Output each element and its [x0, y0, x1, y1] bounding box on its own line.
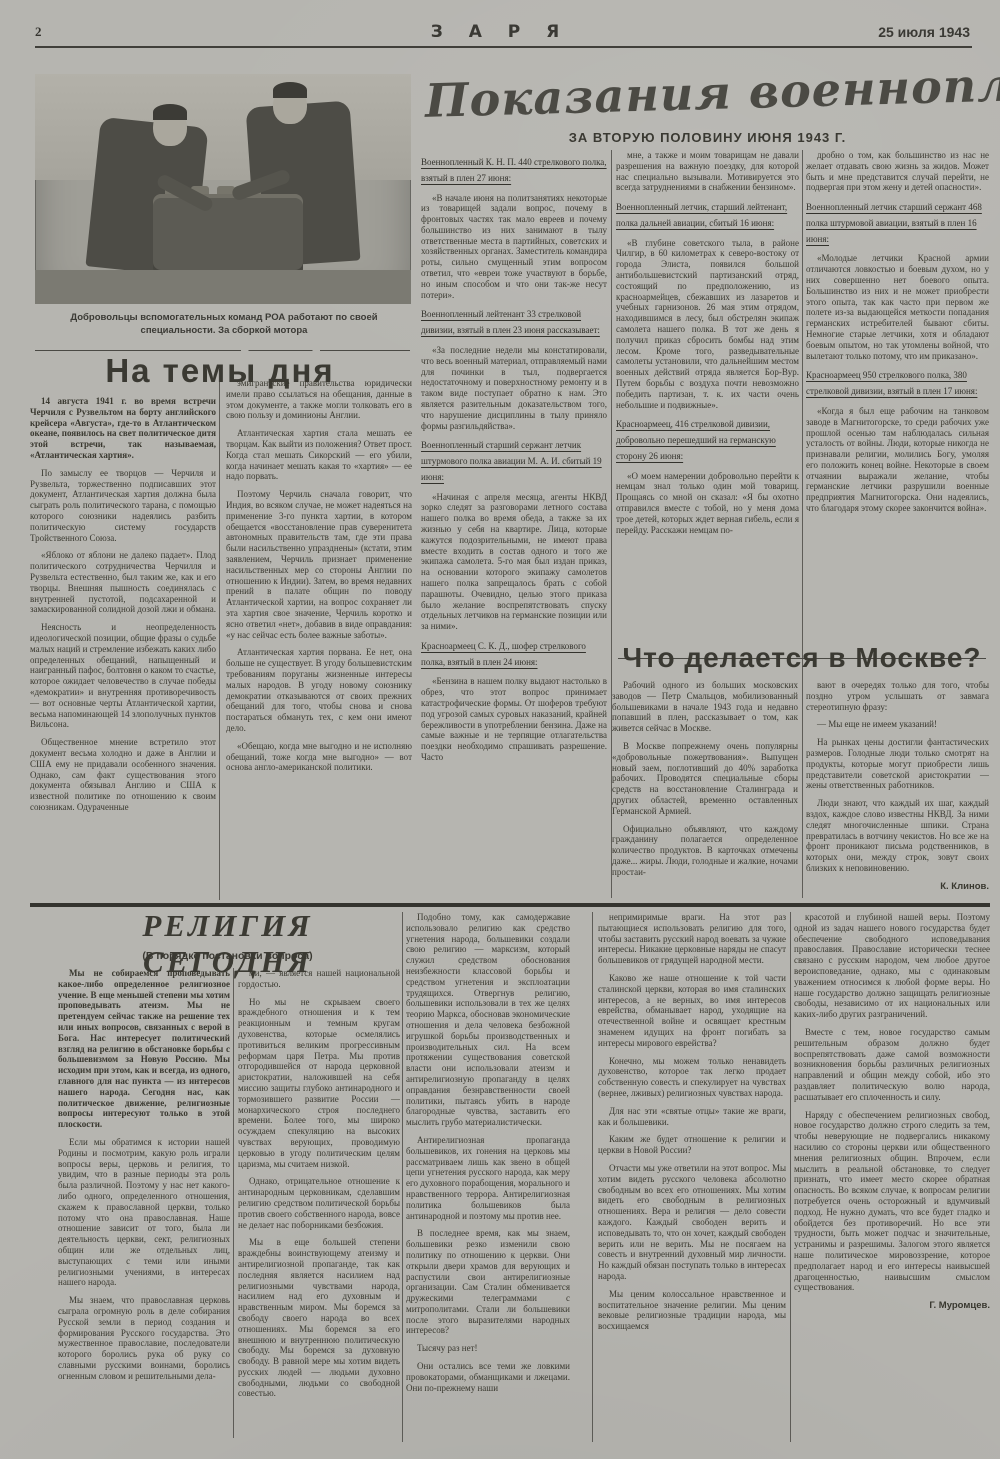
section-heading: Военнопленный летчик старший сержант 468…	[806, 200, 989, 247]
pow-column-3: дробно о том, как большинство из нас не …	[806, 150, 989, 650]
paragraph: Конечно, мы можем только ненавидеть духо…	[598, 1056, 786, 1099]
paragraph: По замыслу ее творцов — Черчиля и Рузвел…	[30, 468, 216, 544]
paragraph: На рынках цены достигли фантастических р…	[806, 737, 989, 791]
paragraph: «Обещаю, когда мне выгодно и не исполняю…	[226, 741, 412, 773]
paragraph: Мы в еще большей степени враждебны воинс…	[238, 1237, 400, 1399]
paragraph: «В начале июня на политзанятиях некоторы…	[421, 193, 607, 301]
paragraph: Отчасти мы уже ответили на этот вопрос. …	[598, 1163, 786, 1282]
paragraph: ми, — является нашей национальной гордос…	[238, 968, 400, 990]
bottom-section-rule	[30, 903, 990, 907]
paragraph: Атлантическая хартия стала мешать ее тво…	[226, 428, 412, 482]
photo-hair-right	[273, 82, 307, 98]
photo-roa-volunteers	[35, 74, 411, 304]
paragraph: Наряду с обеспечением религиозных свобод…	[794, 1110, 990, 1294]
column-rule	[802, 150, 803, 898]
paragraph: «В глубине советского тыла, в районе Чил…	[616, 238, 799, 411]
religion-column-1: Мы не собираемся проповедывать какое-либ…	[58, 968, 230, 1446]
paragraph: Официально объявляют, что каждому гражда…	[612, 824, 798, 878]
paragraph: «Начиная с апреля месяца, агенты НКВД зо…	[421, 492, 607, 632]
paragraph: «Когда я был еще рабочим на танковом зав…	[806, 406, 989, 514]
column-rule	[592, 912, 593, 1442]
section-heading: Военнопленный К. Н. П. 440 стрелкового п…	[421, 155, 607, 187]
paragraph: Однако, отрицательное отношение к антина…	[238, 1176, 400, 1230]
photo-hair-left	[153, 104, 187, 120]
paragraph: красотой и глубиной нашей веры. Поэтому …	[794, 912, 990, 1020]
paragraph: — Мы еще не имеем указаний!	[806, 719, 989, 730]
paragraph: Подобно тому, как самодержавие использов…	[406, 912, 570, 1128]
paragraph: «О моем намерении добровольно перейти к …	[616, 471, 799, 536]
paragraph: «За последние недели мы констатировали, …	[421, 345, 607, 431]
pow-column-1: Военнопленный К. Н. П. 440 стрелкового п…	[421, 150, 607, 898]
paragraph: Они остались все теми же ловкими провока…	[406, 1361, 570, 1393]
column-rule	[790, 912, 791, 1442]
issue-date: 25 июля 1943	[878, 24, 970, 40]
paragraph: мне, а также и моим товарищам не давали …	[616, 150, 799, 193]
section-divider	[35, 350, 410, 351]
paragraph: Но мы не скрываем своего враждебного отн…	[238, 997, 400, 1170]
photo-workbench	[35, 270, 411, 304]
religion-column-5: красотой и глубиной нашей веры. Поэтому …	[794, 912, 990, 1452]
section-heading: Военнопленный старший сержант летчик шту…	[421, 438, 607, 485]
paragraph: вают в очередях только для того, чтобы п…	[806, 680, 989, 712]
paragraph: Для нас эти «святые отцы» такие же враги…	[598, 1106, 786, 1128]
photo-background	[35, 74, 411, 180]
religion-column-3: Подобно тому, как самодержавие использов…	[406, 912, 570, 1452]
section-heading: Красноармеец 950 стрелкового полка, 380 …	[806, 368, 989, 400]
paragraph: Мы не собираемся проповедывать какое-либ…	[58, 968, 230, 1130]
paragraph: Каково же наше отношение к той части ста…	[598, 973, 786, 1049]
byline: К. Клинов.	[806, 881, 989, 892]
article-subtitle-religion: (В порядке постановки вопроса)	[55, 950, 400, 962]
header-rule	[35, 46, 972, 48]
paragraph: В Москве попрежнему очень популярны «доб…	[612, 741, 798, 817]
paragraph: «Молодые летчики Красной армии отличаютс…	[806, 253, 989, 361]
paragraph: «Бензина в нашем полку выдают настолько …	[421, 676, 607, 762]
article-title-pokazaniya: Показания военнопленных	[424, 58, 990, 128]
paragraph: Если мы обратимся к истории нашей Родины…	[58, 1137, 230, 1288]
column-rule	[233, 968, 234, 1438]
paragraph: Каким же будет отношение к религии и цер…	[598, 1134, 786, 1156]
section-heading: Военнопленный лейтенант 33 стрелковой ди…	[421, 307, 607, 339]
section-heading: Военнопленный летчик, старший лейтенант,…	[616, 200, 799, 232]
pow-column-2: мне, а также и моим товарищам не давали …	[616, 150, 799, 650]
section-heading: Красноармеец, 416 стрелковой дивизии, до…	[616, 417, 799, 464]
paragraph: Общественное мнение встретило этот докум…	[30, 737, 216, 813]
paragraph: Мы знаем, что православная церковь сыгра…	[58, 1295, 230, 1381]
paragraph: эмигрантские правительства юридически им…	[226, 378, 412, 421]
photo-engine-block	[153, 194, 303, 276]
paragraph: В последнее время, как мы знаем, большев…	[406, 1228, 570, 1336]
section-heading: Красноармеец С. К. Д., шофер стрелкового…	[421, 639, 607, 671]
newspaper-page: 2 З А Р Я 25 июля 1943 Добровольцы вспом…	[0, 0, 1000, 1459]
paragraph: Поэтому Черчиль сначала говорит, что Инд…	[226, 489, 412, 640]
na-temy-column-2: эмигрантские правительства юридически им…	[226, 378, 412, 898]
paragraph: Вместе с тем, новое государство самым ре…	[794, 1027, 990, 1103]
column-rule	[219, 372, 220, 900]
moscow-column-1: Рабочий одного из больших московских зав…	[612, 680, 798, 898]
column-rule	[402, 912, 403, 1442]
religion-column-2: ми, — является нашей национальной гордос…	[238, 968, 400, 1446]
masthead: З А Р Я	[0, 22, 1000, 42]
na-temy-column-1: 14 августа 1941 г. во время встречи Черч…	[30, 396, 216, 898]
photo-caption: Добровольцы вспомогательных команд РОА р…	[38, 312, 410, 338]
paragraph: Тысячу раз нет!	[406, 1343, 570, 1354]
paragraph: дробно о том, как большинство из нас не …	[806, 150, 989, 193]
paragraph: Антирелигиозная пропаганда большевиков, …	[406, 1135, 570, 1221]
paragraph: 14 августа 1941 г. во время встречи Черч…	[30, 396, 216, 461]
religion-column-4: непримиримые враги. На этот раз пытающие…	[598, 912, 786, 1452]
byline: Г. Муромцев.	[794, 1300, 990, 1311]
paragraph: Атлантическая хартия порвана. Ее нет, он…	[226, 647, 412, 733]
article-subtitle-pokazaniya: ЗА ВТОРУЮ ПОЛОВИНУ ИЮНЯ 1943 Г.	[425, 130, 990, 145]
moscow-column-2: вают в очередях только для того, чтобы п…	[806, 680, 989, 898]
paragraph: Рабочий одного из больших московских зав…	[612, 680, 798, 734]
paragraph: Неясность и неопределенность идеологичес…	[30, 622, 216, 730]
paragraph: непримиримые враги. На этот раз пытающие…	[598, 912, 786, 966]
paragraph: Люди знают, что каждый их шаг, каждый вз…	[806, 798, 989, 874]
article-title-moscow: Что делается в Москве?	[612, 642, 992, 674]
paragraph: Мы ценим колоссальное нравственное и вос…	[598, 1289, 786, 1332]
paragraph: «Яблоко от яблони не далеко падает». Пло…	[30, 550, 216, 615]
